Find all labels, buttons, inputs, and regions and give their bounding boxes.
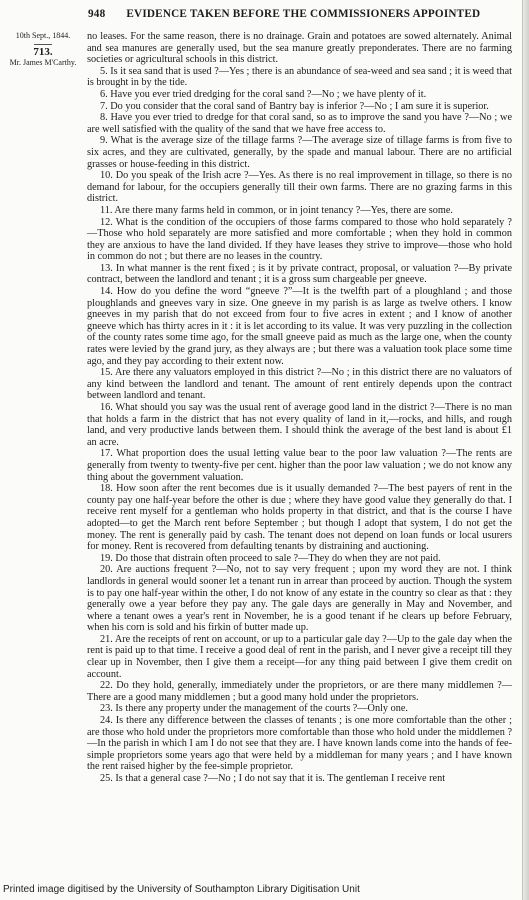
- question-14: 14. How do you define the word “gneeve ?…: [87, 286, 512, 367]
- margin-note: 10th Sept., 1844. 713. Mr. James M'Carth…: [0, 31, 86, 68]
- question-25: 25. Is that a general case ?—No ; I do n…: [87, 773, 512, 785]
- question-22: 22. Do they hold, generally, immediately…: [87, 680, 512, 703]
- question-7: 7. Do you consider that the coral sand o…: [87, 101, 512, 113]
- question-12: 12. What is the condition of the occupie…: [87, 217, 512, 263]
- question-9: 9. What is the average size of the tilla…: [87, 135, 512, 170]
- paragraph-continued: no leases. For the same reason, there is…: [87, 31, 512, 66]
- question-10: 10. Do you speak of the Irish acre ?—Yes…: [87, 170, 512, 205]
- question-16: 16. What should you say was the usual re…: [87, 402, 512, 448]
- page-edge-shadow: [522, 0, 529, 900]
- running-title: EVIDENCE TAKEN BEFORE THE COMMISSIONERS …: [126, 8, 480, 20]
- question-19: 19. Do those that distrain often proceed…: [87, 553, 512, 565]
- question-11: 11. Are there many farms held in common,…: [87, 205, 512, 217]
- question-17: 17. What proportion does the usual letti…: [87, 448, 512, 483]
- question-8: 8. Have you ever tried to dredge for tha…: [87, 112, 512, 135]
- witness-number: 713.: [0, 46, 86, 58]
- margin-rule: [34, 44, 52, 45]
- question-18: 18. How soon after the rent becomes due …: [87, 483, 512, 553]
- running-header: 948 EVIDENCE TAKEN BEFORE THE COMMISSION…: [88, 8, 518, 20]
- question-20: 20. Are auctions frequent ?—No, not to s…: [87, 564, 512, 634]
- question-6: 6. Have you ever tried dredging for the …: [87, 89, 512, 101]
- hearing-date: 10th Sept., 1844.: [0, 31, 86, 41]
- witness-name: Mr. James M'Carthy.: [0, 58, 86, 68]
- testimony-body: no leases. For the same reason, there is…: [87, 31, 512, 785]
- question-24: 24. Is there any difference between the …: [87, 715, 512, 773]
- question-13: 13. In what manner is the rent fixed ; i…: [87, 263, 512, 286]
- question-15: 15. Are there any valuators employed in …: [87, 367, 512, 402]
- question-21: 21. Are the receipts of rent on account,…: [87, 634, 512, 680]
- page-number: 948: [88, 8, 105, 20]
- digitisation-credit: Printed image digitised by the Universit…: [3, 884, 360, 895]
- question-5: 5. Is it sea sand that is used ?—Yes ; t…: [87, 66, 512, 89]
- question-23: 23. Is there any property under the mana…: [87, 703, 512, 715]
